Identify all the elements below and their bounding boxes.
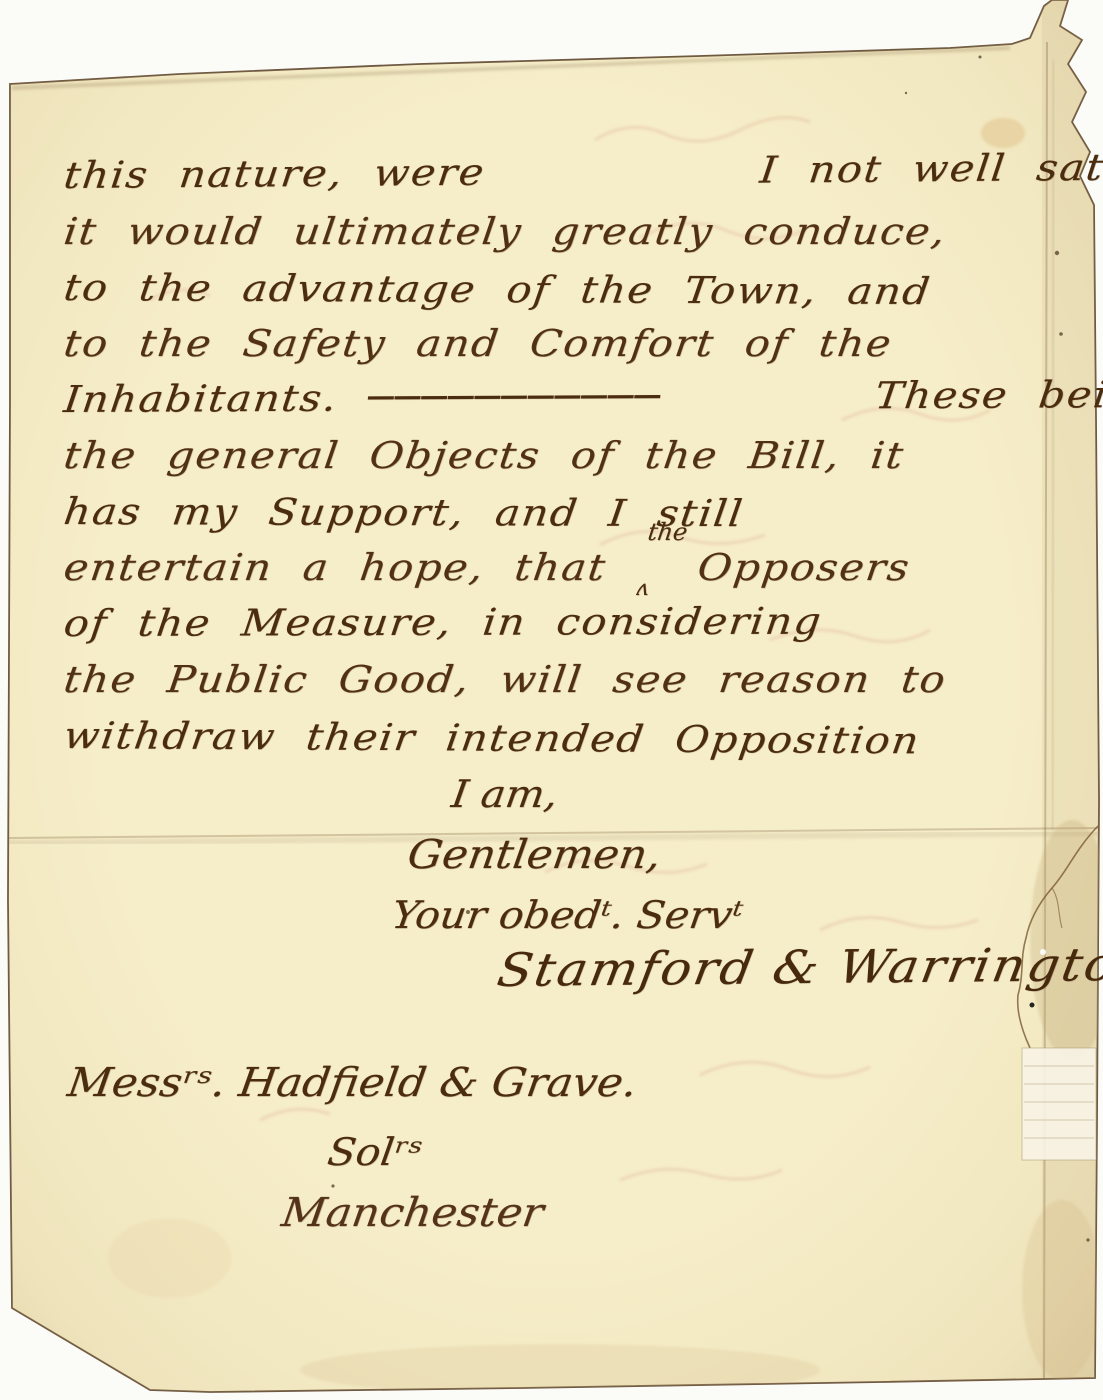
paper-sheet (0, 0, 1103, 1400)
repair-patch (1022, 1048, 1096, 1160)
paper-vignette (0, 0, 1103, 1400)
fold-line-vertical-2 (1052, 60, 1054, 830)
scanned-letter: this nature, were I not well satisfied i… (0, 0, 1103, 1400)
